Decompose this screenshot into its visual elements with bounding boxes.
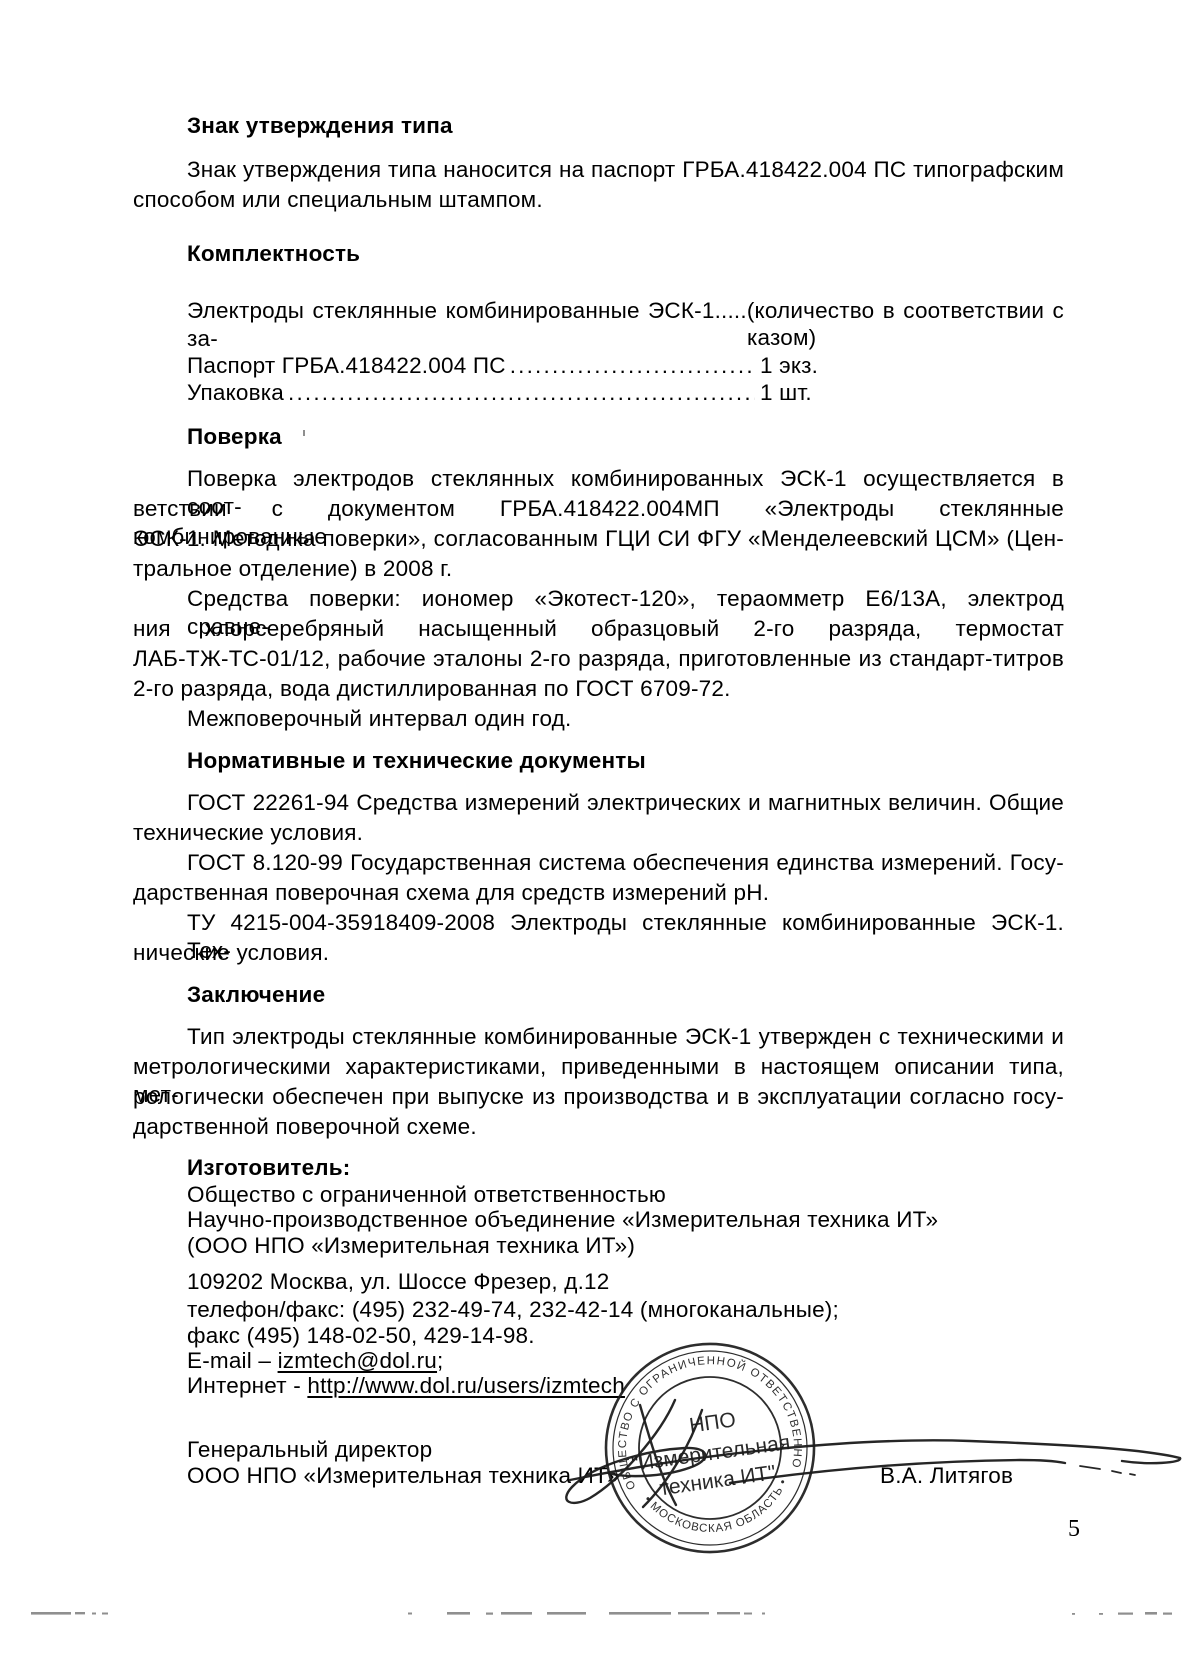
heading-manufacturer: Изготовитель: — [187, 1154, 351, 1182]
list-item-label: Упаковка — [187, 379, 284, 407]
para-line: способом или специальным штампом. — [133, 186, 543, 214]
website-label: Интернет - — [187, 1373, 307, 1398]
para-line: нические условия. — [133, 939, 329, 967]
list-item-value: 1 экз. — [760, 352, 818, 380]
para-line: Тип электроды стеклянные комбинированные… — [187, 1023, 1064, 1051]
heading-completeness: Комплектность — [187, 240, 360, 268]
scan-speck — [303, 430, 305, 436]
dotted-leader: ........................................… — [510, 352, 755, 380]
para-line: ГОСТ 22261-94 Средства измерений электри… — [187, 789, 1064, 817]
para-line: ния хлорсеребряный насыщенный образцовый… — [133, 615, 1064, 643]
list-item-continuation: казом) — [747, 324, 816, 352]
heading-verification: Поверка — [187, 423, 282, 451]
para-line: тральное отделение) в 2008 г. — [133, 555, 452, 583]
scan-artifact-line — [0, 1609, 1194, 1619]
para-line: дарственной поверочной схеме. — [133, 1113, 477, 1141]
heading-type-approval-mark: Знак утверждения типа — [187, 112, 453, 140]
para-line: технические условия. — [133, 819, 363, 847]
para-line: 2-го разряда, вода дистиллированная по Г… — [133, 675, 731, 703]
email-link[interactable]: izmtech@dol.ru — [278, 1348, 437, 1373]
company-line: (ООО НПО «Измерительная техника ИТ») — [187, 1232, 635, 1260]
list-item-value: 1 шт. — [760, 379, 812, 407]
director-title: Генеральный директор — [187, 1436, 432, 1464]
email-label: E-mail – — [187, 1348, 278, 1373]
heading-conclusion: Заключение — [187, 981, 325, 1009]
para-line: рологически обеспечен при выпуске из про… — [133, 1083, 1064, 1111]
para-line: ГОСТ 8.120-99 Государственная система об… — [187, 849, 1064, 877]
email-suffix: ; — [437, 1348, 443, 1373]
list-item-label: Паспорт ГРБА.418422.004 ПС — [187, 352, 506, 380]
document-page: Знак утверждения типа Знак утверждения т… — [0, 0, 1194, 1665]
heading-normative-documents: Нормативные и технические документы — [187, 747, 646, 775]
para-line: ЛАБ-ТЖ-ТС-01/12, рабочие эталоны 2-го ра… — [133, 645, 1064, 673]
company-line: Научно-производственное объединение «Изм… — [187, 1206, 938, 1234]
email-line: E-mail – izmtech@dol.ru; — [187, 1347, 443, 1375]
fax-line: факс (495) 148-02-50, 429-14-98. — [187, 1322, 535, 1350]
company-line: Общество с ограниченной ответственностью — [187, 1181, 666, 1209]
list-item: Электроды стеклянные комбинированные ЭСК… — [187, 297, 1064, 353]
dotted-leader: ........................................… — [288, 379, 755, 407]
address-line: 109202 Москва, ул. Шоссе Фрезер, д.12 — [187, 1268, 609, 1296]
signature — [480, 1355, 1194, 1555]
page-number: 5 — [1068, 1516, 1080, 1543]
para-line: Межповерочный интервал один год. — [187, 705, 571, 733]
para-line: дарственная поверочная схема для средств… — [133, 879, 769, 907]
para-line: Знак утверждения типа наносится на паспо… — [187, 156, 1064, 184]
para-line: ЭСК-1. Методика поверки», согласованным … — [133, 525, 1064, 553]
list-item: Паспорт ГРБА.418422.004 ПС..............… — [187, 352, 755, 380]
list-item: Упаковка................................… — [187, 379, 755, 407]
